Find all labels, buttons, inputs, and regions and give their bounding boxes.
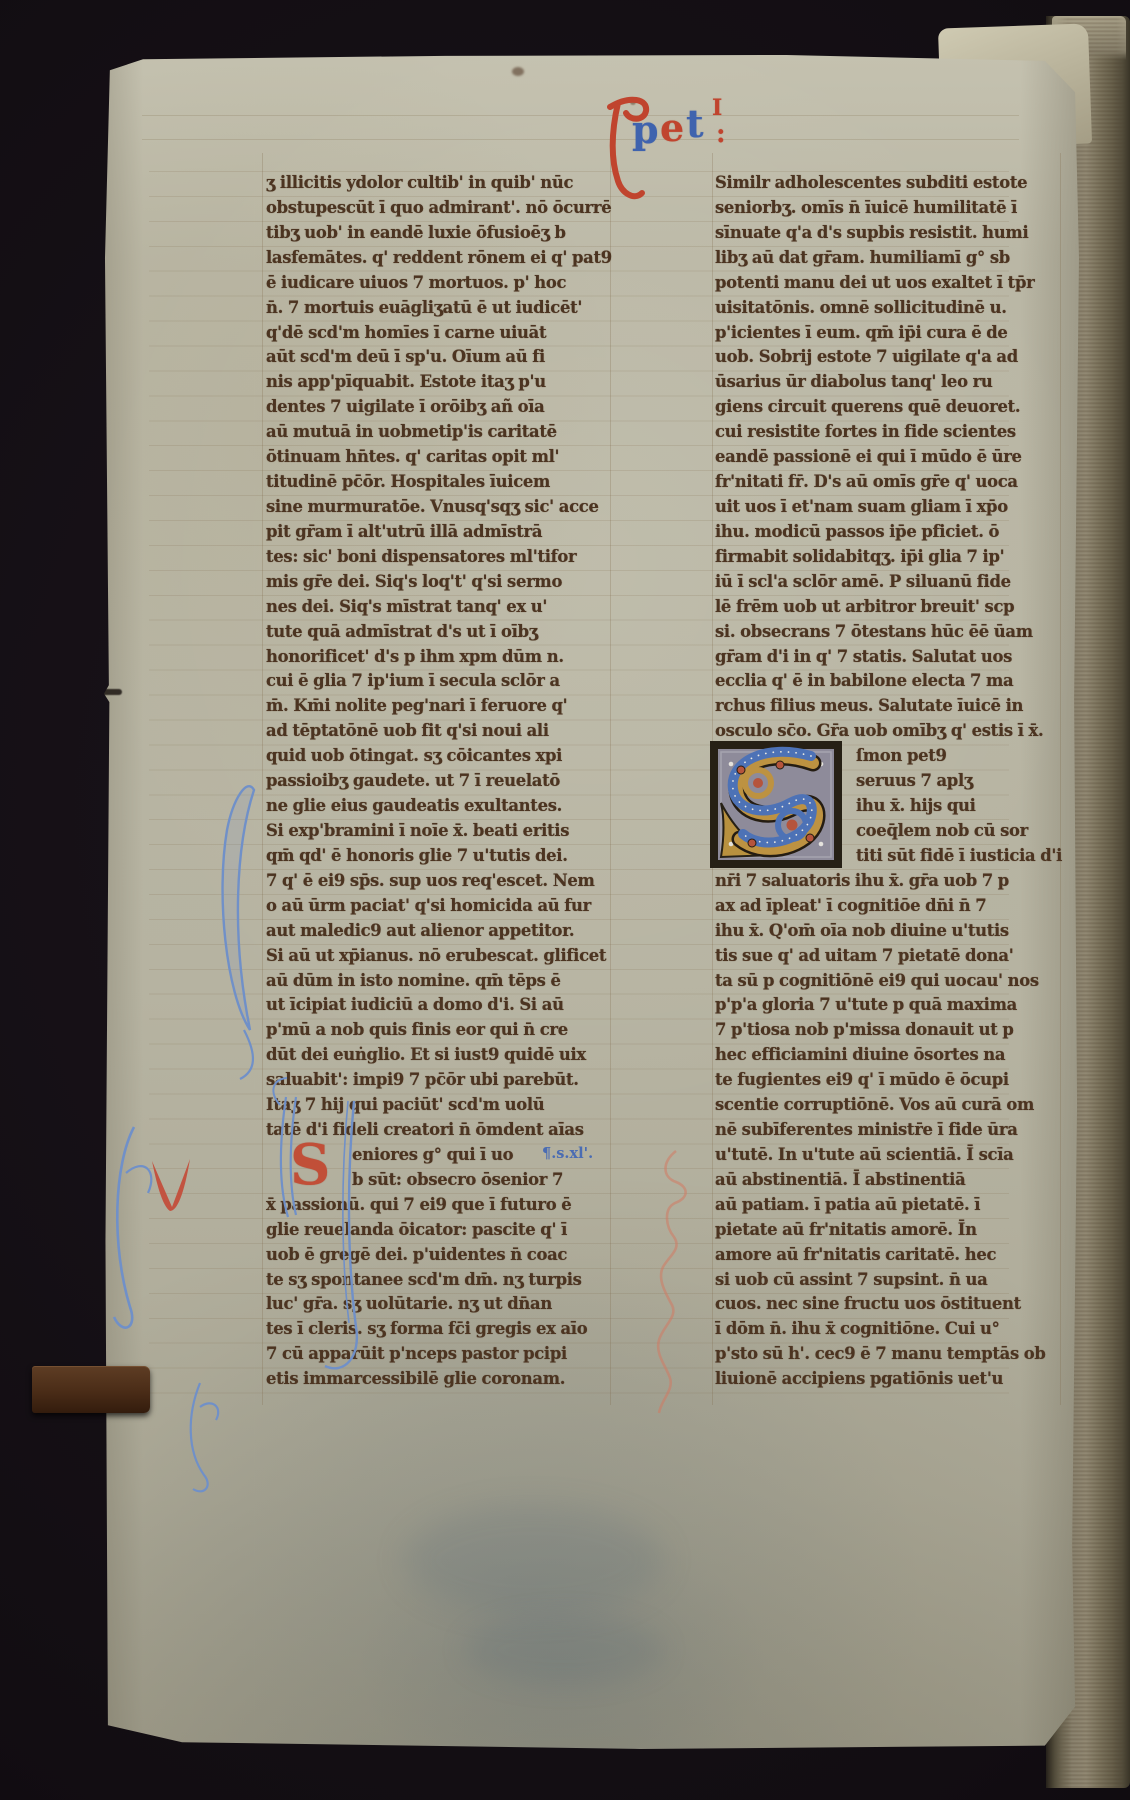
text-line: fr'nitati fr̄. D's aū omīs gr̄e q' uoca bbox=[715, 470, 1065, 495]
text-line: ī dōm n̄. ihu x̄ cognitiōne. Cui u° bbox=[715, 1317, 1065, 1342]
text-line: sine murmuratōe. Vnusq'sqʒ sic' acce bbox=[266, 495, 616, 520]
text-line: p'icientes ī eum. qm̄ ip̄i cura ē de bbox=[715, 321, 1065, 346]
text-line: lē frēm uob ut arbitror breuit' scp bbox=[715, 595, 1065, 620]
text-line: ta sū p cognitiōnē ei9 qui uocau' nos bbox=[715, 969, 1065, 994]
text-column-right: Similr adholescentes subditi estotesenio… bbox=[715, 171, 1065, 1392]
text-line: scentie corruptiōnē. Vos aū curā om bbox=[715, 1093, 1065, 1118]
bookmark-tab bbox=[32, 1366, 150, 1413]
rubricated-initial-s: S bbox=[290, 1137, 330, 1193]
text-line: tute quā admīstrat d's ut ī oībʒ bbox=[266, 620, 616, 645]
text-line: si uob cū assint 7 supsint. n̄ ua bbox=[715, 1268, 1065, 1293]
text-line: ūsarius ūr diabolus tanq' leo ru bbox=[715, 370, 1065, 395]
margin-note: ¶.s.xl'. bbox=[542, 1145, 593, 1162]
text-line: coeq̄lem nob cū sor bbox=[856, 819, 1065, 844]
text-line: si. obsecrans 7 ōtestans hūc ēē ūam bbox=[715, 620, 1065, 645]
text-line: aū mutuā in uobmetip'is caritatē bbox=[266, 420, 616, 445]
ink-stain bbox=[512, 67, 524, 76]
text-line: liuionē accipiens pgatiōnis uet'u bbox=[715, 1367, 1065, 1392]
text-line: etis immarcessibilē glie coronam. bbox=[266, 1367, 616, 1392]
header-rule bbox=[142, 139, 1019, 140]
text-line: 7 cū apparūit p'nceps pastor pcipi bbox=[266, 1342, 616, 1367]
text-line: iū ī scl'a sclōr amē. P siluanū fide bbox=[715, 570, 1065, 595]
text-line: 7 q' ē ei9 sp̄s. sup uos req'escet. Nem bbox=[266, 869, 616, 894]
text-line: lasfemātes. q' reddent rōnem ei q' pat9 bbox=[266, 246, 616, 271]
text-line: glie reuelanda ōicator: pascite q' ī bbox=[266, 1218, 616, 1243]
text-line: gr̄am d'i in q' 7 statis. Salutat uos bbox=[715, 645, 1065, 670]
text-line: m̄. Km̄i nolite peg'nari ī feruore q' bbox=[266, 694, 616, 719]
text-line: tes ī cleris. sʒ forma fc̄i gregis ex aī… bbox=[266, 1317, 616, 1342]
text-line: n̄. 7 mortuis euāgliʒatū ē ut iudicēt' bbox=[266, 296, 616, 321]
text-line: quid uob ōtingat. sʒ cōicantes xpi bbox=[266, 744, 616, 769]
text-line: eandē passionē ei qui ī mūdo ē ūre bbox=[715, 445, 1065, 470]
text-line: ihu x̄. hijs qui bbox=[856, 794, 1065, 819]
text-line: giens circuit querens quē deuoret. bbox=[715, 395, 1065, 420]
text-line: passioibʒ gaudete. ut 7 ī reuelatō bbox=[266, 769, 616, 794]
text-line: cui resistite fortes in fide scientes bbox=[715, 420, 1065, 445]
running-title-letter: t bbox=[686, 105, 704, 143]
text-line: uit uos ī et'nam suam gliam ī xp̄o bbox=[715, 495, 1065, 520]
text-line: p'p'a gloria 7 u'tute p quā maxima bbox=[715, 993, 1065, 1018]
text-line: luc' gr̄a. sʒ uolūtarie. nʒ ut dn̄an bbox=[266, 1292, 616, 1317]
text-line: titi sūt fidē ī iusticia d'i bbox=[856, 844, 1065, 869]
edge-notch bbox=[100, 689, 122, 695]
text-line: ad tēptatōnē uob fit q'si noui ali bbox=[266, 719, 616, 744]
text-line: o aū ūrm paciat' q'si homicida aū fur bbox=[266, 894, 616, 919]
text-line: p'sto sū h'. cec9 ē 7 manu temptās ob bbox=[715, 1342, 1065, 1367]
text-line: dentes 7 uigilate ī orōibʒ añ oīa bbox=[266, 395, 616, 420]
text-line: ōtinuam hn̄tes. q' caritas opit ml' bbox=[266, 445, 616, 470]
text-line: ē iudicare uiuos 7 mortuos. p' hoc bbox=[266, 271, 616, 296]
text-line: ne glie eius gaudeatis exultantes. bbox=[266, 794, 616, 819]
text-line: b sūt: obsecro ōsenior 7 bbox=[352, 1168, 616, 1193]
parchment-page: p e t I : ʒ illicitis ydolor cultib' in … bbox=[104, 55, 1079, 1749]
text-line: Itaʒ 7 hij qui paciūt' scd'm uolū bbox=[266, 1093, 616, 1118]
text-line: firmabit solidabitqʒ. ip̄i glia 7 ip' bbox=[715, 545, 1065, 570]
column-segment: x̄ passionū. qui 7 ei9 que ī futuro ēgli… bbox=[266, 1193, 616, 1392]
text-line: mis gr̄e dei. Siq's loq't' q'si sermo bbox=[266, 570, 616, 595]
text-line: libʒ aū dat gr̄am. humiliamī g° sb bbox=[715, 246, 1065, 271]
header-rule bbox=[142, 115, 1019, 116]
text-line: ſmon pet9 bbox=[856, 744, 1065, 769]
text-line: nis app'pīquabit. Estote itaʒ p'u bbox=[266, 370, 616, 395]
text-line: ax ad īpleat' ī cognitiōe dn̄i n̄ 7 bbox=[715, 894, 1065, 919]
text-line: sīnuate q'a d's supbis resistit. humi bbox=[715, 221, 1065, 246]
text-line: seniorbʒ. omīs n̄ īuicē humilitatē ī bbox=[715, 196, 1065, 221]
text-line: rchus filius meus. Salutate īuicē in bbox=[715, 694, 1065, 719]
text-line: q'dē scd'm homīes ī carne uiuāt bbox=[266, 321, 616, 346]
running-title-colon: : bbox=[716, 115, 726, 153]
text-line: dūt dei euṅglio. Et si iust9 quidē uix bbox=[266, 1043, 616, 1068]
text-line: tis sue q' ad uitam 7 pietatē dona' bbox=[715, 944, 1065, 969]
grey-smudge bbox=[464, 1615, 664, 1685]
text-line: seruus 7 aplʒ bbox=[856, 769, 1065, 794]
text-line: Similr adholescentes subditi estote bbox=[715, 171, 1065, 196]
text-line: nr̄i 7 saluatoris ihu x̄. gr̄a uob 7 p bbox=[715, 869, 1065, 894]
text-line: aut maledic9 aut alienor appetitor. bbox=[266, 919, 616, 944]
column-segment: Similr adholescentes subditi estotesenio… bbox=[715, 171, 1065, 744]
text-line: qm̄ qd' ē honoris glie 7 u'tutis dei. bbox=[266, 844, 616, 869]
text-line: aū abstinentiā. Ī abstinentiā bbox=[715, 1168, 1065, 1193]
text-line: ecclia q' ē in babilone electa 7 ma bbox=[715, 669, 1065, 694]
text-line: aū dūm in isto nomine. qm̄ tēps ē bbox=[266, 969, 616, 994]
column-segment: ſmon pet9seruus 7 aplʒihu x̄. hijs quico… bbox=[856, 744, 1065, 869]
text-line: ut īcipiat iudiciū a domo d'i. Si aū bbox=[266, 993, 616, 1018]
text-line: nes dei. Siq's mīstrat tanq' ex u' bbox=[266, 595, 616, 620]
text-line: Si exp'bramini ī noīe x̄. beati eritis bbox=[266, 819, 616, 844]
manuscript-page-photo: p e t I : ʒ illicitis ydolor cultib' in … bbox=[0, 0, 1130, 1800]
text-line: aūt scd'm deū ī sp'u. Oīum aū fi bbox=[266, 345, 616, 370]
text-line: uob ē gregē dei. p'uidentes n̄ coac bbox=[266, 1243, 616, 1268]
text-line: hec efficiamini diuine ōsortes na bbox=[715, 1043, 1065, 1068]
text-line: ʒ illicitis ydolor cultib' in quib' nūc bbox=[266, 171, 616, 196]
text-line: aū patiam. ī patia aū pietatē. ī bbox=[715, 1193, 1065, 1218]
text-line: tes: sic' boni dispensatores ml'tifor bbox=[266, 545, 616, 570]
text-line: te fugientes ei9 q' ī mūdo ē ōcupi bbox=[715, 1068, 1065, 1093]
text-line: potenti manu dei ut uos exaltet ī tp̄r bbox=[715, 271, 1065, 296]
text-line: p'mū a nob quis finis eor qui n̄ cre bbox=[266, 1018, 616, 1043]
text-line: amore aū fr'nitatis caritatē. hec bbox=[715, 1243, 1065, 1268]
grey-smudge bbox=[404, 1505, 664, 1615]
text-line: obstupescūt ī quo admirant'. nō ōcurrē bbox=[266, 196, 616, 221]
text-line: pit gr̄am ī alt'utrū illā admīstrā bbox=[266, 520, 616, 545]
text-line: tibʒ uob' in eandē luxie ōfusioēʒ b bbox=[266, 221, 616, 246]
text-line: ihu. modicū passos ip̄e pficiet. ō bbox=[715, 520, 1065, 545]
text-column-left: ʒ illicitis ydolor cultib' in quib' nūco… bbox=[266, 171, 616, 1392]
text-line: 7 p'tiosa nob p'missa donauit ut p bbox=[715, 1018, 1065, 1043]
text-line: nē subīferentes ministr̄e ī fide ūra bbox=[715, 1118, 1065, 1143]
column-segment: nr̄i 7 saluatoris ihu x̄. gr̄a uob 7 pax… bbox=[715, 869, 1065, 1392]
text-line: Si aū ut xp̄ianus. nō erubescat. glifice… bbox=[266, 944, 616, 969]
text-line: pietate aū fr'nitatis amorē. Īn bbox=[715, 1218, 1065, 1243]
text-line: te sʒ spontanee scd'm dm̄. nʒ turpis bbox=[266, 1268, 616, 1293]
text-line: honorificet' d's p ihm xpm dūm n. bbox=[266, 645, 616, 670]
text-line: cui ē glia 7 ip'ium ī secula sclōr a bbox=[266, 669, 616, 694]
text-line: ihu x̄. Q'om̄ oīa nob diuine u'tutis bbox=[715, 919, 1065, 944]
illuminated-initial-block: S bbox=[715, 744, 1065, 869]
column-segment: ʒ illicitis ydolor cultib' in quib' nūco… bbox=[266, 171, 616, 1143]
text-line: saluabit': impi9 7 pc̄ōr ubi parebūt. bbox=[266, 1068, 616, 1093]
running-title-letter: p bbox=[632, 111, 659, 149]
text-line: titudinē pc̄ōr. Hospitales īuicem bbox=[266, 470, 616, 495]
text-line: u'tutē. In u'tute aū scientiā. Ī scīa bbox=[715, 1143, 1065, 1168]
illuminated-initial-s bbox=[710, 741, 842, 868]
text-line: uob. Sobrij estote 7 uigilate q'a ad bbox=[715, 345, 1065, 370]
column-rule bbox=[262, 153, 263, 1405]
text-line: uisitatōnis. omnē sollicitudinē u. bbox=[715, 296, 1065, 321]
text-line: cuos. nec sine fructu uos ōstituent bbox=[715, 1292, 1065, 1317]
running-title-letter: e bbox=[660, 109, 684, 147]
